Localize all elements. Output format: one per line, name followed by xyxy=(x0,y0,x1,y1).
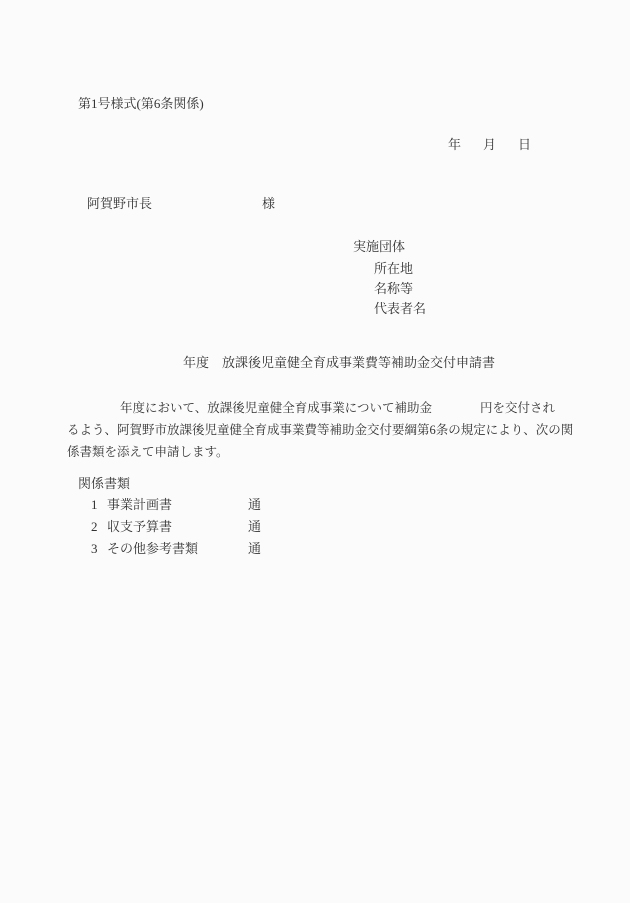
addressee-name: 阿賀野市長 xyxy=(87,196,152,212)
attachment-row: 1事業計画書通 xyxy=(91,497,261,513)
date-year-label: 年 xyxy=(448,137,461,153)
applicant-field-name: 名称等 xyxy=(374,281,413,297)
applicant-field-address: 所在地 xyxy=(374,261,413,277)
attachment-unit-label: 通 xyxy=(248,519,261,534)
body-line-2: るよう、阿賀野市放課後児童健全育成事業費等補助金交付要綱第6条の規定により、次の… xyxy=(67,419,572,441)
applicant-heading: 実施団体 xyxy=(353,239,405,255)
applicant-field-representative: 代表者名 xyxy=(374,301,426,317)
amount-blank-field xyxy=(432,411,480,412)
date-month-label: 月 xyxy=(483,137,496,153)
attachment-unit-label: 通 xyxy=(248,497,261,512)
form-number: 第1号様式(第6条関係) xyxy=(78,96,204,112)
body-paragraph: 年度において、放課後児童健全育成事業について補助金円を交付され るよう、阿賀野市… xyxy=(67,397,572,463)
attachment-number: 2 xyxy=(91,519,107,535)
document-title: 年度 放課後児童健全育成事業費等補助金交付申請書 xyxy=(183,355,495,371)
attachment-row: 2収支予算書通 xyxy=(91,519,261,535)
attachment-name: 収支予算書 xyxy=(107,519,248,535)
attachment-number: 3 xyxy=(91,541,107,557)
addressee-honorific: 様 xyxy=(262,196,275,212)
attachment-name: 事業計画書 xyxy=(107,497,248,513)
body-line-1-tail: 円を交付され xyxy=(480,401,555,415)
attachment-number: 1 xyxy=(91,497,107,513)
body-line-1: 年度において、放課後児童健全育成事業について補助金円を交付され xyxy=(67,397,572,419)
attachment-row: 3その他参考書類通 xyxy=(91,541,261,557)
application-form-page: 第1号様式(第6条関係) 年 月 日 阿賀野市長 様 実施団体 所在地 名称等 … xyxy=(0,0,630,903)
year-blank-field xyxy=(67,411,120,412)
body-line-3: 係書類を添えて申請します。 xyxy=(67,441,572,463)
attachments-heading: 関係書類 xyxy=(78,476,130,492)
date-day-label: 日 xyxy=(518,137,531,153)
body-line-1-text: 年度において、放課後児童健全育成事業について補助金 xyxy=(120,401,432,415)
attachment-name: その他参考書類 xyxy=(107,541,248,557)
attachment-unit-label: 通 xyxy=(248,541,261,556)
